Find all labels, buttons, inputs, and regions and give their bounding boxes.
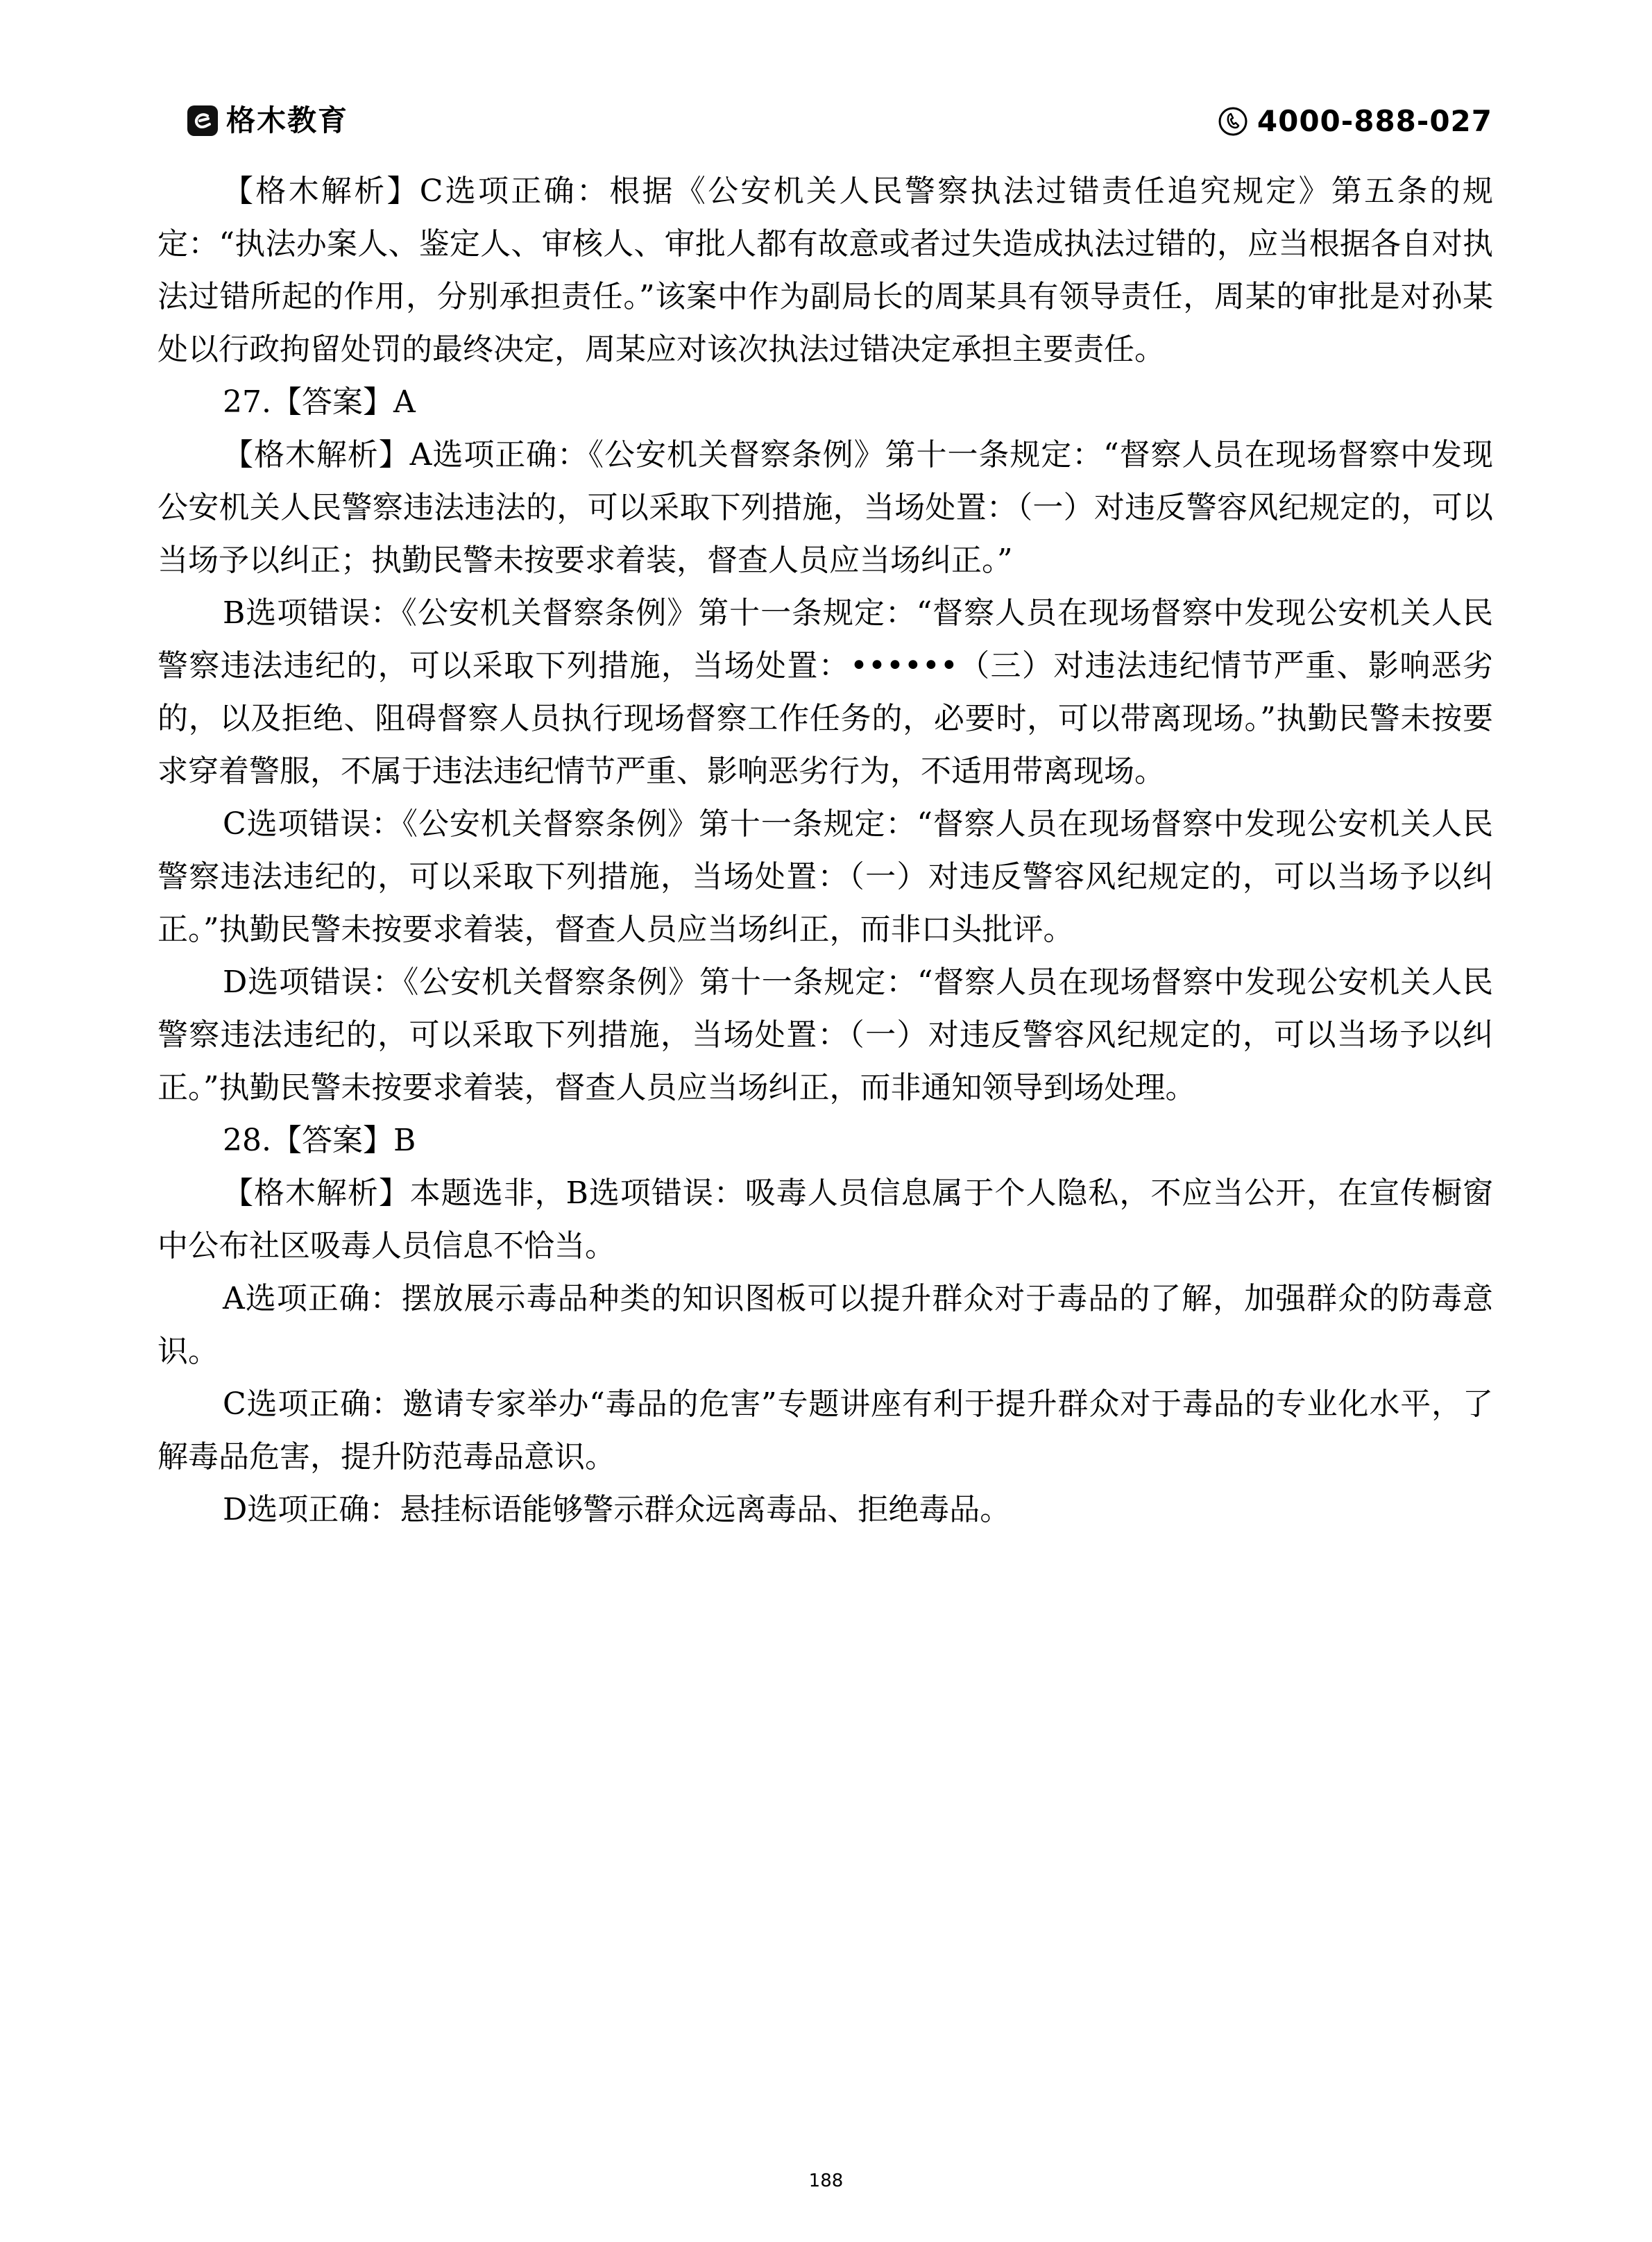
paragraph-option-c-28: C选项正确：邀请专家举办“毒品的危害”专题讲座有利于提升群众对于毒品的专业化水平… <box>157 1378 1493 1484</box>
brand: 格木教育 <box>187 105 348 136</box>
brand-logo-icon <box>187 105 218 136</box>
page-number: 188 <box>0 2171 1652 2191</box>
paragraph-option-d-28: D选项正确：悬挂标语能够警示群众远离毒品、拒绝毒品。 <box>157 1484 1493 1536</box>
paragraph-option-b-27: B选项错误：《公安机关督察条例》第十一条规定：“督察人员在现场督察中发现公安机关… <box>157 587 1493 798</box>
paragraph-analysis-28: 【格木解析】本题选非，B选项错误：吸毒人员信息属于个人隐私，不应当公开，在宣传橱… <box>157 1167 1493 1273</box>
answer-27: 27.【答案】A <box>157 376 1493 429</box>
phone-icon <box>1217 105 1249 137</box>
paragraph-analysis-26: 【格木解析】C选项正确：根据《公安机关人民警察执法过错责任追究规定》第五条的规定… <box>157 165 1493 376</box>
hotline: 4000-888-027 <box>1217 105 1492 137</box>
paragraph-option-a-28: A选项正确：摆放展示毒品种类的知识图板可以提升群众对于毒品的了解，加强群众的防毒… <box>157 1273 1493 1378</box>
hotline-number: 4000-888-027 <box>1257 105 1492 137</box>
paragraph-analysis-27: 【格木解析】A选项正确：《公安机关督察条例》第十一条规定：“督察人员在现场督察中… <box>157 429 1493 587</box>
paragraph-option-c-27: C选项错误：《公安机关督察条例》第十一条规定：“督察人员在现场督察中发现公安机关… <box>157 798 1493 956</box>
page-header: 格木教育 4000-888-027 <box>187 97 1492 153</box>
paragraph-option-d-27: D选项错误：《公安机关督察条例》第十一条规定：“督察人员在现场督察中发现公安机关… <box>157 956 1493 1114</box>
document-body: 【格木解析】C选项正确：根据《公安机关人民警察执法过错责任追究规定》第五条的规定… <box>157 165 1493 1536</box>
answer-28: 28.【答案】B <box>157 1114 1493 1167</box>
brand-name: 格木教育 <box>226 105 348 136</box>
